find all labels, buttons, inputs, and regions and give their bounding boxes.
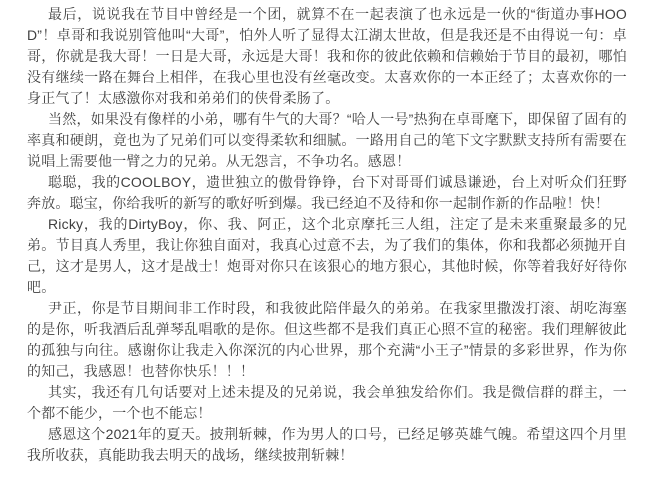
paragraph-ricky: Ricky，我的DirtyBoy，你、我、阿正，这个北京摩托三人组，注定了是未来… xyxy=(27,214,627,298)
paragraph-congcong: 聪聪，我的COOLBOY，遗世独立的傲骨铮铮，台下对哥哥们诚恳谦逊，台上对听众们… xyxy=(27,172,627,214)
paragraph-regou: 当然，如果没有像样的小弟，哪有牛气的大哥？“哈人一号”热狗在卓哥麾下，即保留了固… xyxy=(27,109,627,172)
paragraph-zhuoge: 最后，说说我在节目中曾经是一个团，就算不在一起表演了也永远是一伙的“街道办事HO… xyxy=(27,4,627,109)
paragraph-closing: 感恩这个2021年的夏天。披荆斩棘，作为男人的口号，已经足够英雄气魄。希望这四个… xyxy=(27,424,627,466)
document-page: 最后，说说我在节目中曾经是一个团，就算不在一起表演了也永远是一伙的“街道办事HO… xyxy=(0,0,655,483)
article-body: 最后，说说我在节目中曾经是一个团，就算不在一起表演了也永远是一伙的“街道办事HO… xyxy=(27,4,627,466)
paragraph-others: 其实，我还有几句话要对上述未提及的兄弟说，我会单独发给你们。我是微信群的群主，一… xyxy=(27,382,627,424)
paragraph-yinzheng: 尹正，你是节目期间非工作时段，和我彼此陪伴最久的弟弟。在我家里撒泼打滚、胡吃海塞… xyxy=(27,298,627,382)
